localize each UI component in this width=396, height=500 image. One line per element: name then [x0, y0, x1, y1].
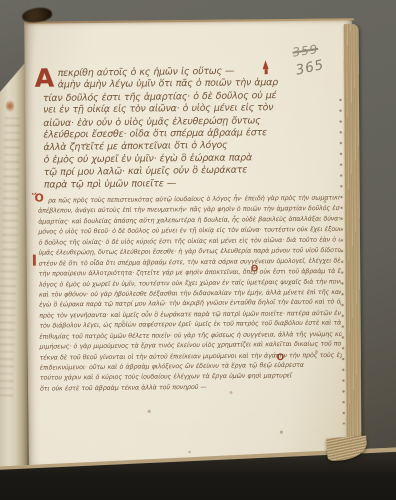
- text-line: ὅτι οὐκ ἐστὲ τοῦ ἀβραὰμ τέκνα ἀλλὰ τοῦ π…: [40, 380, 342, 394]
- text-line: παρὰ τῷ πρὶ ὑμῶν ποιεῖτε —: [44, 176, 288, 191]
- manuscript-photo: 359 365 Α πεκρίθη αὐτοῖς ὁ κς ἡμῶν ἰς οὕ…: [0, 0, 396, 500]
- bleed-through-ornament: [6, 99, 14, 113]
- commentary-text-block: ρα πῶς πρὸς τοὺς πεπιστευκότας αὐτῷ ἰουδ…: [38, 192, 342, 393]
- gospel-text-block: πεκρίθη αὐτοῖς ὁ κς ἡμῶν ἰς οὕτως — ἀμὴν…: [43, 65, 288, 191]
- folio-number: 365: [294, 57, 326, 79]
- manuscript-page: 359 365 Α πεκρίθη αὐτοῖς ὁ κς ἡμῶν ἰς οὕ…: [24, 18, 357, 473]
- crossed-out-folio-number: 359: [292, 42, 320, 60]
- rubric-margin-initial-iota: Ι: [32, 253, 38, 269]
- fore-edge-page-stack: [343, 24, 361, 454]
